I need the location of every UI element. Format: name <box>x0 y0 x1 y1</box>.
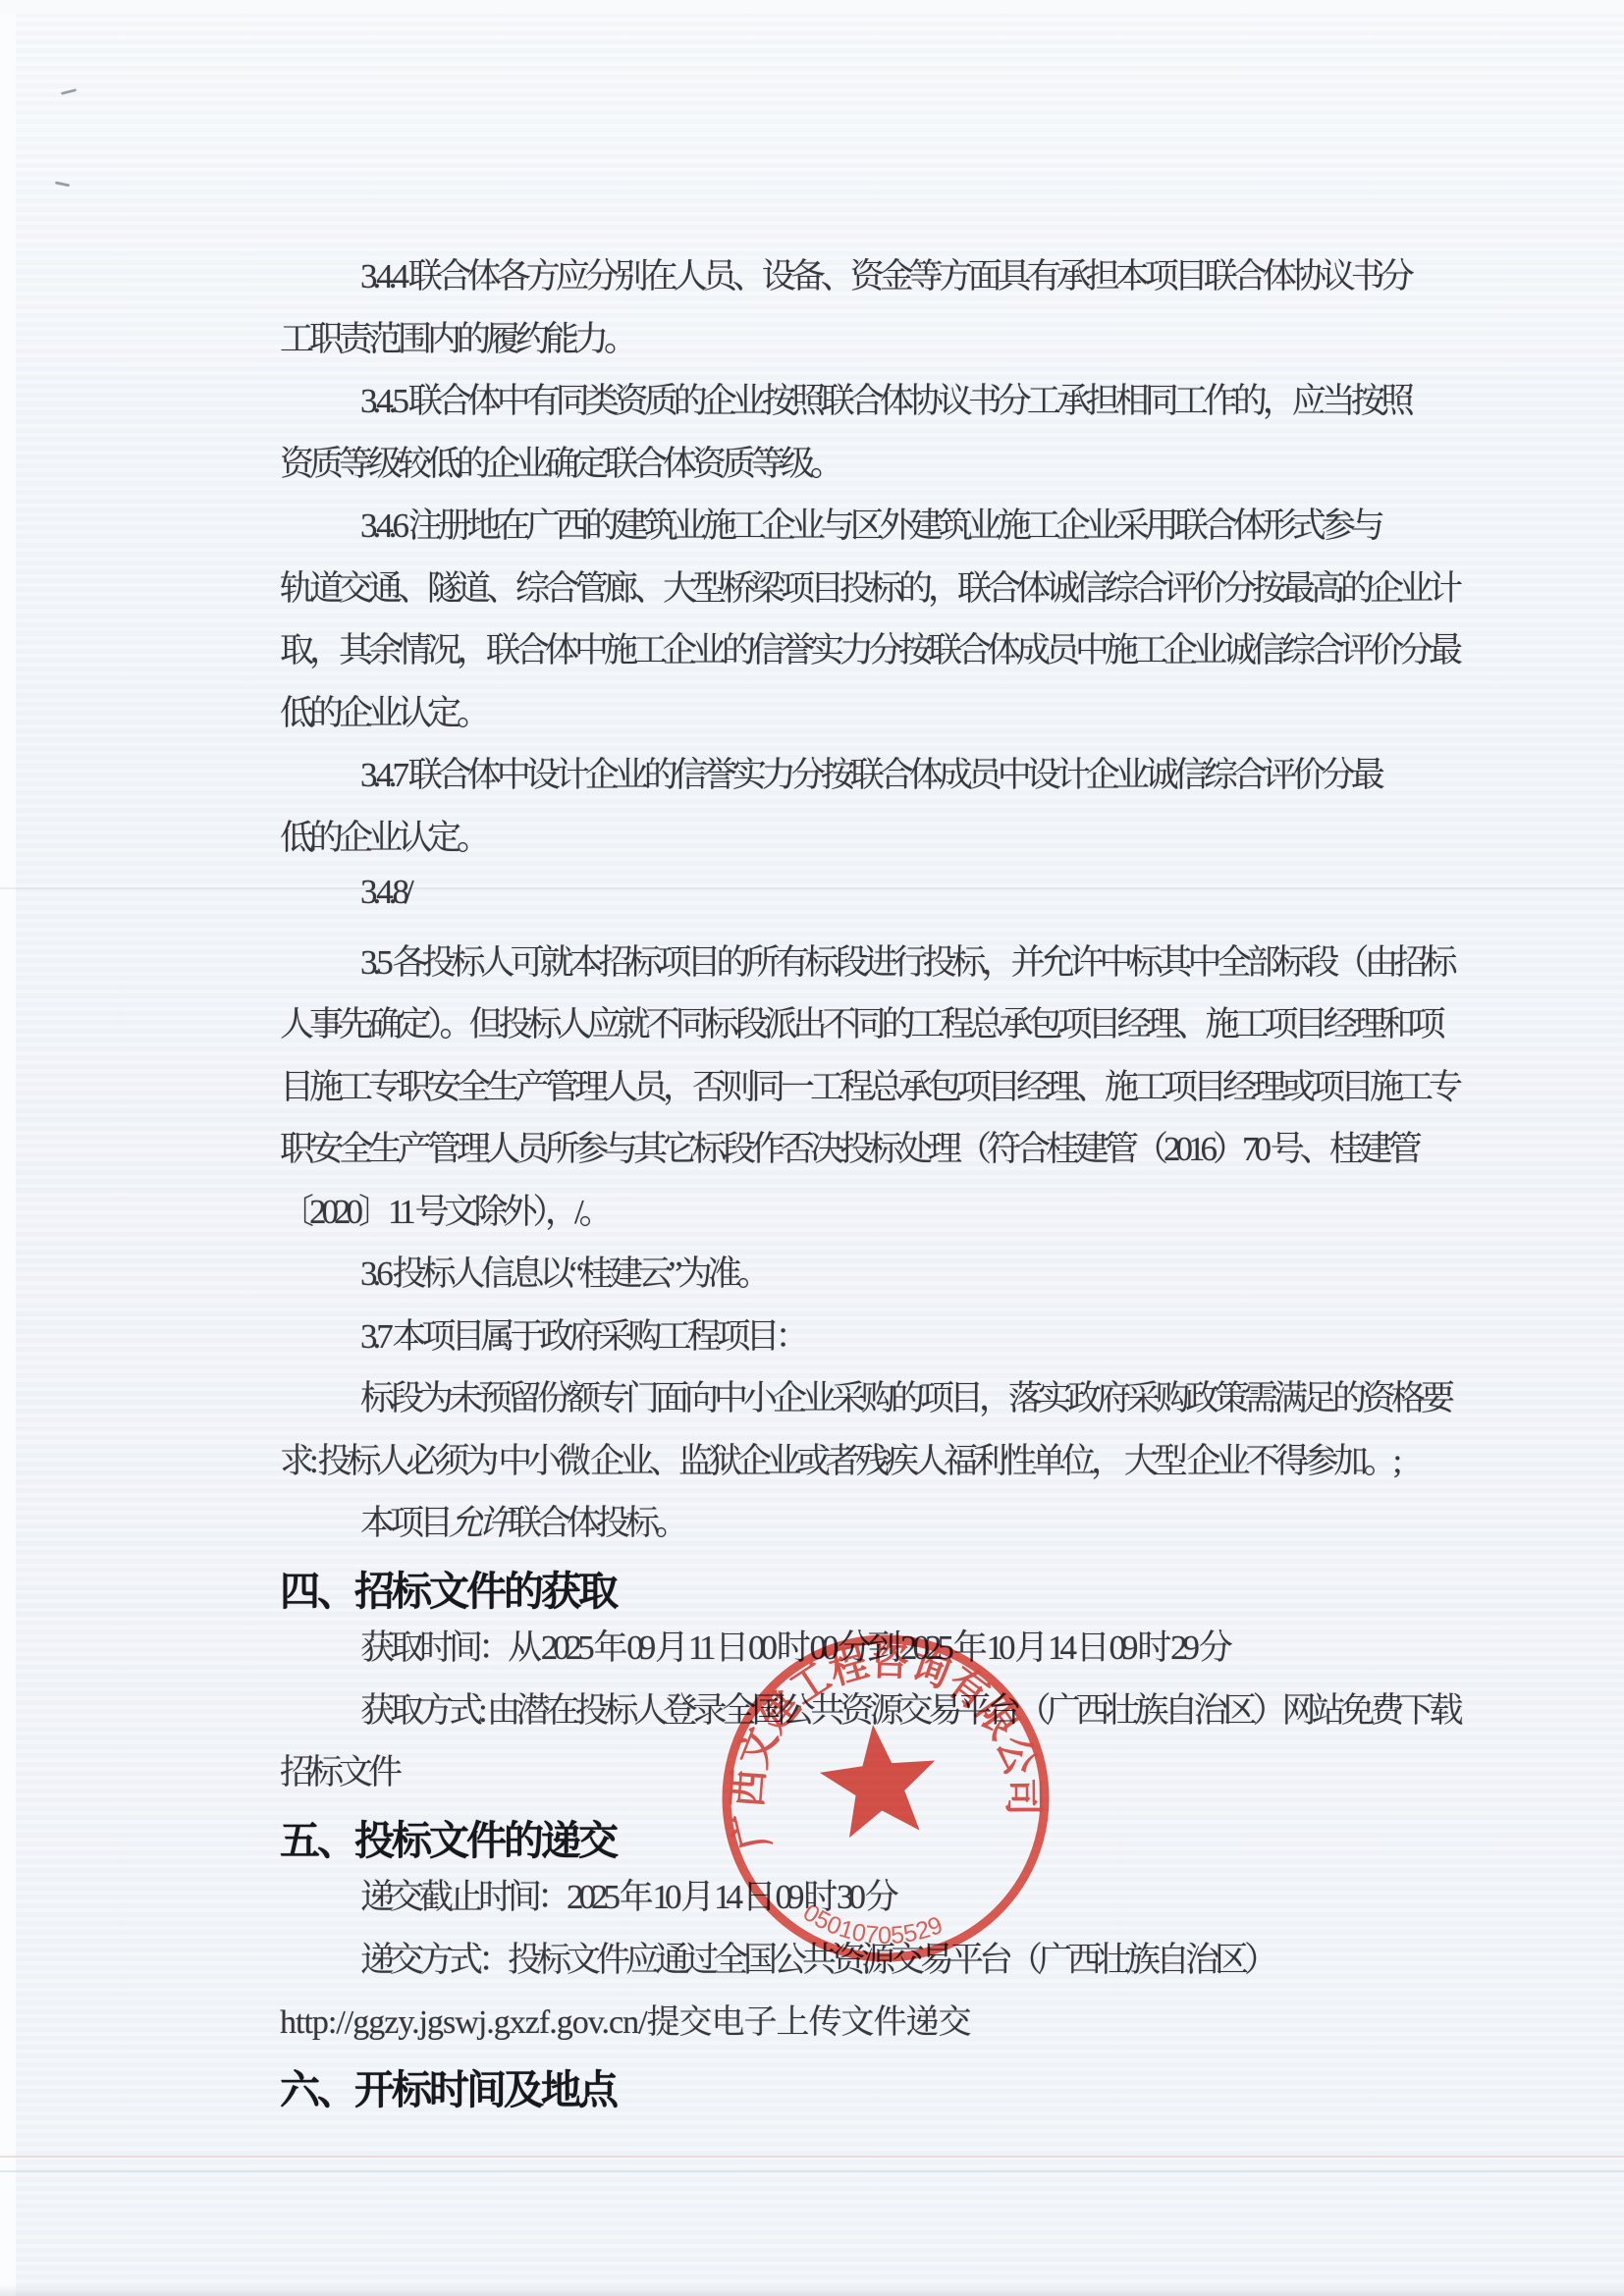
text-line: 轨道交通、隧道、综合管廊、大型桥梁项目投标的，联合体诚信综合评价分按最高的企业计 <box>280 561 1458 611</box>
text-line: 3.4.8/ <box>360 873 409 912</box>
scan-artifact-line-blue <box>0 2170 1624 2172</box>
text-line: 工职责范围内的履约能力。 <box>280 312 633 361</box>
text-line: 资质等级较低的企业确定联合体资质等级。 <box>280 437 839 486</box>
text-line: 获取时间：从 2025 年 09 月 11 日 00 时 00 分到 2025 … <box>360 1621 1228 1670</box>
scanned-document-page: 3.4.4 联合体各方应分别在人员、设备、资金等方面具有承担本项目联合体协议书分… <box>0 0 1624 2296</box>
text-line: 招标文件 <box>280 1745 398 1794</box>
text-line: 递交方式：投标文件应通过全国公共资源交易平台（广西壮族自治区） <box>360 1933 1273 1982</box>
document-lines: 3.4.4 联合体各方应分别在人员、设备、资金等方面具有承担本项目联合体协议书分… <box>0 0 1624 2296</box>
text-line: 低的企业认定。 <box>280 686 486 735</box>
text-line: 人事先确定）。但投标人应就不同标段派出不同的工程总承包项目经理、施工项目经理和项 <box>280 997 1441 1046</box>
text-line: 本项目允许联合体投标。 <box>360 1496 684 1545</box>
emphasized-text: 允许 <box>449 1504 508 1542</box>
text-line: 3.5 各投标人可就本招标项目的所有标段进行投标，并允许中标其中全部标段（由招标 <box>360 935 1453 985</box>
section-heading: 六、开标时间及地点 <box>280 2057 616 2115</box>
text-fragment: 本项目 <box>360 1504 449 1542</box>
text-fragment: 联合体投标。 <box>508 1504 684 1542</box>
text-line: 3.6 投标人信息以“桂建云”为准。 <box>360 1247 767 1296</box>
text-line: 目施工专职安全生产管理人员，否则同一工程总承包项目经理、施工项目经理或项目施工专 <box>280 1060 1458 1109</box>
text-line: 职安全生产管理人员所参与其它标段作否决投标处理（符合桂建管（2016）70 号、… <box>280 1122 1418 1171</box>
text-line: 3.4.6 注册地在广西的建筑业施工企业与区外建筑业施工企业采用联合体形式参与 <box>360 499 1380 548</box>
text-line: 3.4.5 联合体中有同类资质的企业按照联合体协议书分工承担相同工作的，应当按照 <box>360 374 1410 423</box>
text-line: 低的企业认定。 <box>280 811 486 860</box>
text-line: 3.7 本项目属于政府采购工程项目： <box>360 1309 805 1359</box>
text-line: 3.4.4 联合体各方应分别在人员、设备、资金等方面具有承担本项目联合体协议书分 <box>360 249 1410 298</box>
section-heading: 四、招标文件的获取 <box>280 1559 616 1617</box>
text-line: 递交截止时间：2025 年 10 月 14 日 09 时 30 分 <box>360 1870 894 1919</box>
section-heading: 五、投标文件的递交 <box>280 1808 616 1866</box>
scan-artifact-line-pink <box>0 2156 1624 2158</box>
text-line: http://ggzy.jgswj.gxzf.gov.cn/提交电子上传文件递交 <box>280 1995 971 2043</box>
text-line: 标段为未预留份额专门面向中小企业采购的项目，落实政府采购政策需满足的资格要 <box>360 1371 1450 1420</box>
page-edge-bottom <box>0 2285 1624 2296</box>
text-line: 3.4.7 联合体中设计企业的信誉实力分按联合体成员中设计企业诚信综合评价分最 <box>360 748 1380 797</box>
text-line: 获取方式: 由潜在投标人登录全国公共资源交易平台（广西壮族自治区）网站免费下载 <box>360 1683 1458 1733</box>
text-line: 取，其余情况，联合体中施工企业的信誉实力分按联合体成员中施工企业诚信综合评价分最 <box>280 623 1458 672</box>
text-line: 〔2020〕11 号文除外），/。 <box>280 1185 609 1234</box>
text-line: 求: 投标人必须为 中小微 企业、监狱企业或者残疾人福利性单位， 大型 企业不得… <box>280 1434 1397 1483</box>
